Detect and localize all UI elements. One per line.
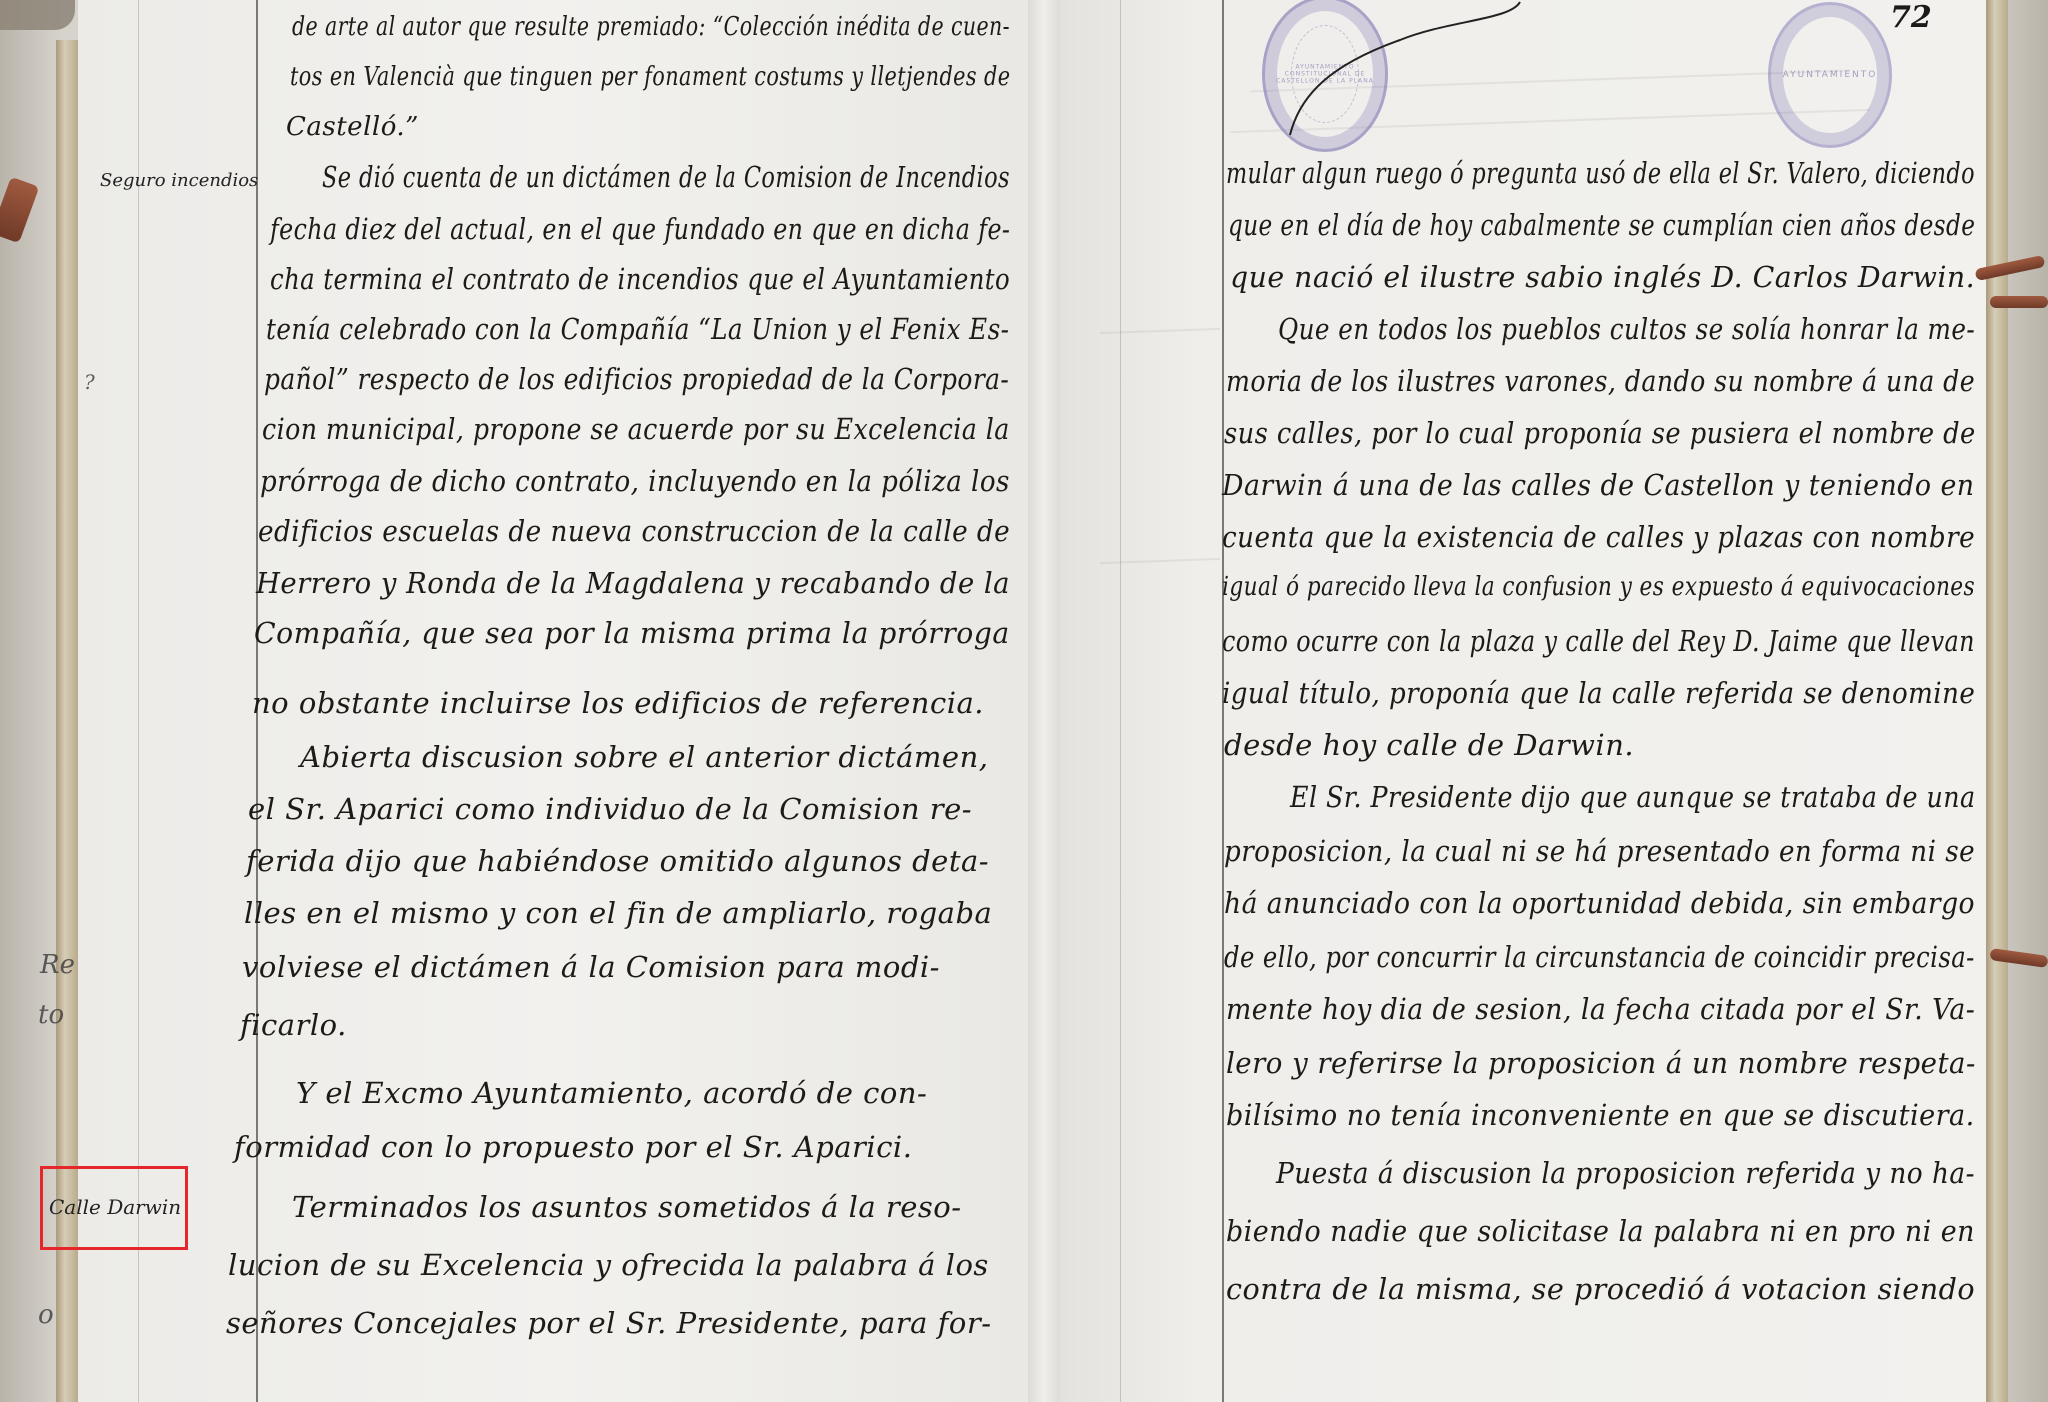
binding-cord [1990,296,2048,308]
text-line: lero y referirse la proposicion á un nom… [1226,1046,1976,1080]
pen-flourish-icon [1210,0,1530,140]
text-line: que nació el ilustre sabio inglés D. Car… [1230,260,1975,294]
text-line: tenía celebrado con la Compañía “La Unio… [266,312,1009,346]
text-line: igual ó parecido lleva la confusion y es… [1222,572,1975,602]
text-line: moria de los ilustres varones, dando su … [1226,364,1975,398]
text-line: biendo nadie que solicitase la palabra n… [1226,1214,1975,1248]
text-line: Terminados los asuntos sometidos á la re… [292,1190,962,1224]
margin-guide [1120,0,1121,1402]
text-line: cion municipal, propone se acuerde por s… [262,412,1010,446]
text-line: lles en el mismo y con el fin de ampliar… [244,896,992,930]
text-line: ferida dijo que habiéndose omitido algun… [246,844,989,878]
text-line: Compañía, que sea por la misma prima la … [254,616,1010,650]
page-number: 72 [1890,0,1932,35]
text-line: que en el día de hoy cabalmente se cumpl… [1228,208,1975,242]
edge-fragment: o [38,1300,54,1330]
text-line: há anunciado con la oportunidad debida, … [1224,886,1975,920]
text-line: igual título, proponía que la calle refe… [1222,676,1975,710]
text-line: contra de la misma, se procedió á votaci… [1226,1272,1975,1306]
text-line: el Sr. Aparici como individuo de la Comi… [248,792,972,826]
text-line: cha termina el contrato de incendios que… [270,262,1010,296]
text-line: Que en todos los pueblos cultos se solía… [1278,312,1975,346]
text-line: tos en Valencià que tinguen per fonament… [290,62,1010,92]
text-line: lucion de su Excelencia y ofrecida la pa… [228,1248,989,1282]
text-line: ficarlo. [240,1008,347,1042]
edge-fragment: Re [40,950,75,980]
text-line: El Sr. Presidente dijo que aunque se tra… [1290,780,1976,814]
text-line: Y el Excmo Ayuntamiento, acordó de con- [296,1076,927,1110]
text-line: mente hoy dia de sesion, la fecha citada… [1226,992,1975,1026]
text-line: Castelló.” [286,112,419,142]
edge-fragment: ? [84,370,95,394]
text-line: pañol” respecto de los edificios propied… [264,362,1009,396]
text-line: Puesta á discusion la proposicion referi… [1276,1156,1975,1190]
text-line: volviese el dictámen á la Comision para … [242,950,940,984]
text-line: mular algun ruego ó pregunta usó de ella… [1226,156,1975,190]
text-line: fecha diez del actual, en el que fundado… [270,212,1010,246]
text-line: bilísimo no tenía inconveniente en que s… [1226,1098,1975,1132]
text-line: Darwin á una de las calles de Castellon … [1222,468,1975,502]
text-line: sus calles, por lo cual proponía se pusi… [1224,416,1976,450]
stamp-text: AYUNTAMIENTO [1771,70,1889,80]
text-line: Abierta discusion sobre el anterior dict… [300,740,988,774]
highlight-box [40,1166,188,1250]
text-line: de arte al autor que resulte premiado: “… [292,12,1010,42]
book-cloth-corner [0,0,75,30]
text-line: edificios escuelas de nueva construccion… [258,514,1010,548]
text-line: Herrero y Ronda de la Magdalena y recaba… [256,566,1010,600]
text-line: cuenta que la existencia de calles y pla… [1222,520,1975,554]
margin-note-seguro-incendios: Seguro incendios [100,170,258,191]
text-line: Se dió cuenta de un dictámen de la Comis… [322,160,1010,194]
text-line: no obstante incluirse los edificios de r… [252,686,984,720]
text-line: como ocurre con la plaza y calle del Rey… [1222,624,1975,658]
text-line: prórroga de dicho contrato, incluyendo e… [260,464,1010,498]
right-binding-edge [1986,0,2008,1402]
archive-stamp: AYUNTAMIENTO [1768,2,1892,148]
text-line: señores Concejales por el Sr. Presidente… [226,1306,992,1340]
text-line: formidad con lo propuesto por el Sr. Apa… [234,1130,912,1164]
text-line: de ello, por concurrir la circunstancia … [1224,940,1975,974]
text-line: proposicion, la cual ni se há presentado… [1224,834,1975,868]
text-line: desde hoy calle de Darwin. [1224,728,1634,762]
edge-fragment: to [38,1000,64,1030]
